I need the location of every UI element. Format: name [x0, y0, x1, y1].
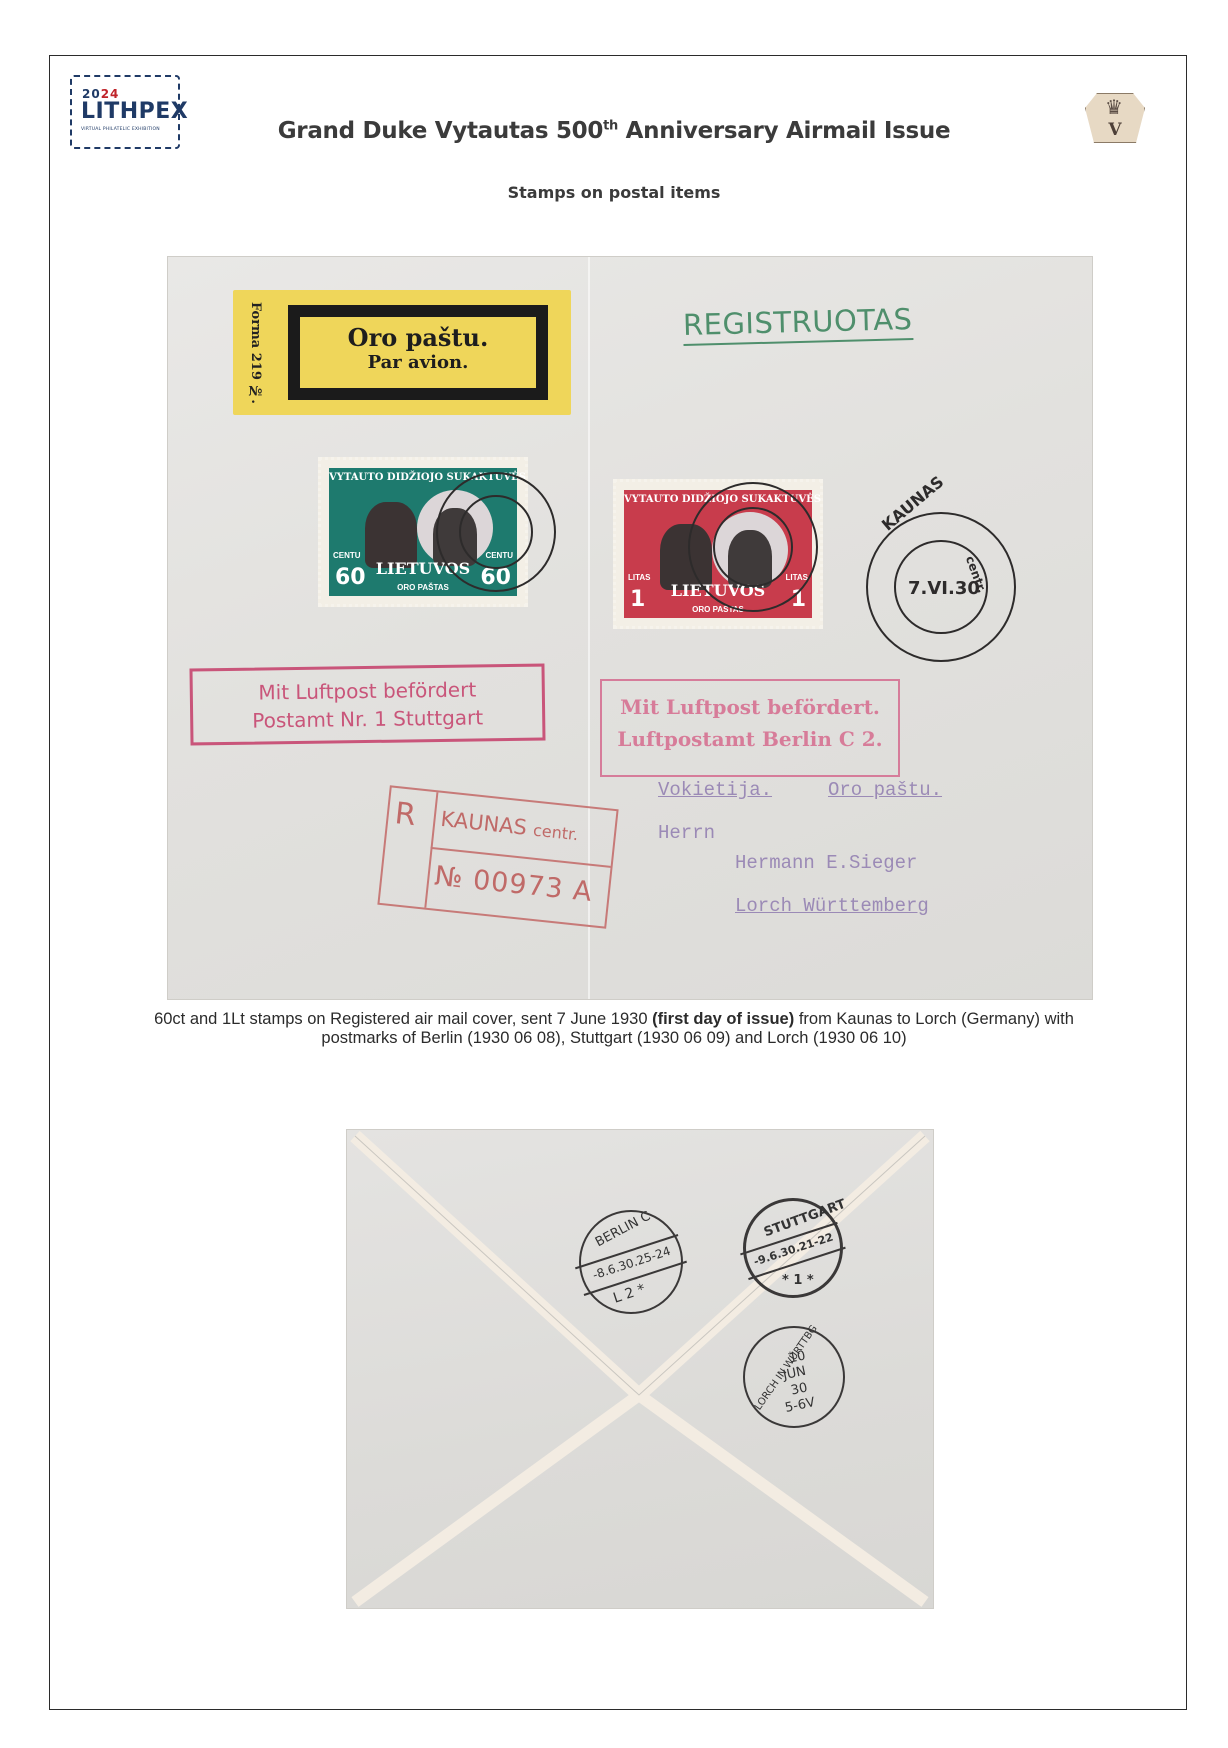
postmark-code: * 1 * [782, 1273, 814, 1288]
postmark-date: 7.VI.30 [908, 578, 980, 599]
address-city: Lorch Württemberg [735, 895, 929, 917]
kaunas-postmark: KAUNAS 7.VI.30 centr. [866, 512, 1016, 662]
airmail-label-form-number: Forma 219 №. [239, 300, 263, 405]
cachet-line1: Mit Luftpost befördert. [602, 691, 898, 723]
cover-caption: 60ct and 1Lt stamps on Registered air ma… [150, 1010, 1078, 1048]
kaunas-postmark-on-stamp-1 [436, 472, 556, 592]
cachet-line2: Postamt Nr. 1 Stuttgart [193, 703, 542, 736]
registration-office: KAUNAS centr. [439, 807, 579, 845]
page-title: Grand Duke Vytautas 500th Anniversary Ai… [0, 118, 1228, 144]
address-routing-airmail: Oro paštu. [828, 779, 942, 801]
cover-back-image: BERLIN C -8.6.30.25-24 L 2 * STUTTGART -… [347, 1130, 933, 1608]
airmail-label-line2: Par avion. [300, 352, 536, 373]
luftpost-berlin-cachet: Mit Luftpost befördert. Luftpostamt Berl… [600, 679, 900, 777]
lorch-postmark: LORCH IN WÜRTTBG 10 JUN 30 5-6V [743, 1326, 845, 1428]
address-salutation: Herrn [658, 822, 715, 844]
registration-letter: R [393, 796, 417, 833]
registration-label: R KAUNAS centr. № 00973 A [377, 785, 618, 928]
kaunas-postmark-on-stamp-2 [688, 482, 818, 612]
airmail-label-inner: Oro paštu. Par avion. [300, 317, 536, 388]
airmail-label-line1: Oro paštu. [300, 323, 536, 352]
crown-icon: ♛ [1094, 98, 1134, 118]
postmark-office: KAUNAS [878, 472, 947, 534]
postmark-time: 5-6V [784, 1395, 817, 1416]
luftpost-stuttgart-cachet: Mit Luftpost befördert Postamt Nr. 1 Stu… [189, 664, 545, 746]
airmail-label: Forma 219 №. Oro paštu. Par avion. [233, 290, 571, 415]
cover-front-image: Forma 219 №. Oro paštu. Par avion. REGIS… [168, 257, 1092, 999]
berlin-postmark: BERLIN C -8.6.30.25-24 L 2 * [579, 1210, 683, 1314]
registered-handstamp: REGISTRUOTAS [683, 302, 913, 346]
stamp-service: ORO PAŠTAS [624, 605, 812, 614]
address-routing-country: Vokietija. [658, 779, 772, 801]
registration-number: № 00973 A [433, 861, 594, 908]
address-name: Hermann E.Sieger [735, 852, 917, 874]
page-subtitle: Stamps on postal items [0, 183, 1228, 202]
cachet-line2: Luftpostamt Berlin C 2. [602, 723, 898, 755]
airmail-label-frame: Oro paštu. Par avion. [288, 305, 548, 400]
envelope-flaps [347, 1130, 933, 1608]
stuttgart-postmark: STUTTGART -9.6.30.21-22 * 1 * [743, 1198, 843, 1298]
